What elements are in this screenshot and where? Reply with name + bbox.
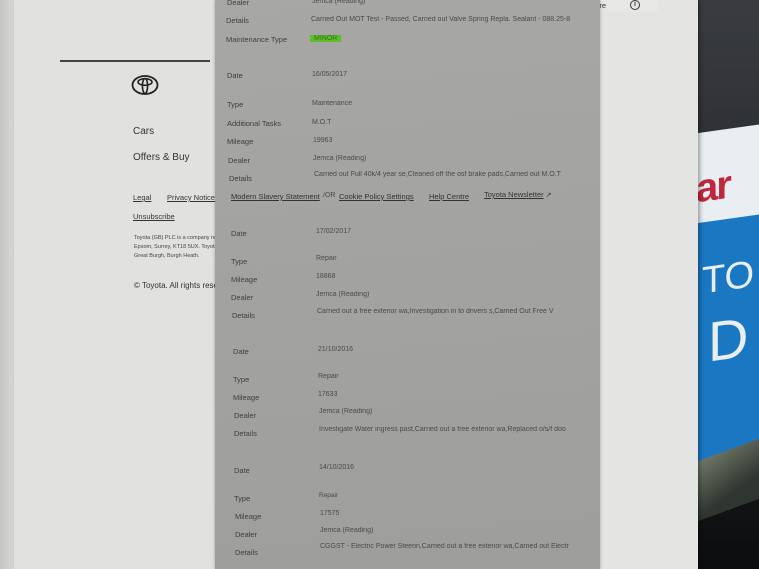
value-dealer: Jemca (Reading): [320, 527, 373, 534]
value-details: Investigate Water ingress past,Carried o…: [319, 426, 566, 433]
label-dealer: Dealer: [234, 411, 256, 420]
footer-link-help-centre[interactable]: Help Centre: [429, 192, 469, 201]
value-mileage: 19963: [313, 137, 332, 144]
label-type: Type: [233, 375, 249, 384]
value-details: CGGST - Electric Power Steerin,Carried o…: [320, 543, 569, 550]
label-details: Details: [226, 16, 249, 25]
highlighted-maintenance-type: MINOR: [310, 35, 341, 42]
label-dealer: Dealer: [227, 0, 249, 7]
label-dealer: Dealer: [231, 293, 253, 302]
value-mileage: 17633: [318, 391, 337, 398]
label-maintenance-type: Maintenance Type: [226, 35, 287, 44]
value-dealer: Jemca (Reading): [316, 291, 369, 298]
footer-link-privacy-notice[interactable]: Privacy Notice: [167, 193, 215, 202]
footer-link-cookie-policy[interactable]: Cookie Policy Settings: [339, 192, 414, 201]
value-type: Repair: [319, 492, 338, 499]
value-type: Repair: [316, 255, 337, 262]
background-sign: ar TO D: [694, 122, 759, 463]
value-dealer: Jemca (Reading): [313, 155, 366, 162]
label-type: Type: [234, 494, 250, 503]
toyota-logo-icon[interactable]: [131, 74, 159, 96]
value-dealer: Jemca (Reading): [319, 408, 372, 415]
value-dealer: Jemca (Reading): [312, 0, 365, 5]
value-mileage: 17575: [320, 510, 339, 517]
label-additional-tasks: Additional Tasks: [227, 119, 281, 128]
label-mileage: Mileage: [231, 275, 257, 284]
newsletter-label: Toyota Newsletter: [484, 190, 544, 199]
legal-line-3: Great Burgh, Burgh Heath.: [134, 252, 218, 261]
label-details: Details: [229, 174, 252, 183]
label-date: Date: [233, 347, 249, 356]
label-date: Date: [227, 71, 243, 80]
divider: [60, 60, 210, 62]
sign-text-mid: TO: [702, 253, 754, 303]
value-type: Maintenance: [312, 100, 352, 107]
value-details: Carried Out MOT Test - Passed, Carried o…: [311, 16, 570, 23]
or-separator: /OR: [323, 192, 335, 199]
value-date: 21/10/2016: [318, 346, 353, 353]
legal-line-2: Epsom, Surrey, KT18 5UX. Toyota: [134, 243, 218, 252]
label-dealer: Dealer: [228, 156, 250, 165]
nav-cars[interactable]: Cars: [133, 126, 154, 137]
value-additional-tasks: M.O.T: [312, 119, 331, 126]
label-details: Details: [232, 311, 255, 320]
footer-link-modern-slavery[interactable]: Modern Slavery Statement: [231, 192, 320, 201]
value-maintenance-type: MINOR: [310, 35, 341, 42]
label-date: Date: [231, 229, 247, 238]
sign-text-top: ar: [696, 163, 730, 213]
label-type: Type: [231, 257, 247, 266]
sign-text-bottom: D: [708, 304, 748, 375]
label-dealer: Dealer: [235, 530, 257, 539]
value-details: Carried out Full 40k/4 year se,Cleaned o…: [314, 171, 561, 178]
value-date: 14/10/2016: [319, 464, 354, 471]
footer-link-unsubscribe[interactable]: Unsubscribe: [133, 212, 175, 221]
footer-link-toyota-newsletter[interactable]: Toyota Newsletter↗: [484, 190, 551, 199]
label-date: Date: [234, 466, 250, 475]
copyright: © Toyota. All rights reserved: [134, 281, 218, 290]
nav-offers-buy[interactable]: Offers & Buy: [133, 152, 190, 163]
value-date: 16/05/2017: [312, 71, 347, 78]
label-mileage: Mileage: [227, 137, 253, 146]
label-type: Type: [227, 100, 243, 109]
info-icon[interactable]: i: [630, 0, 640, 10]
external-link-icon: ↗: [546, 191, 552, 199]
service-history-panel: Dealer Jemca (Reading) Details Carried O…: [215, 0, 600, 569]
value-date: 17/02/2017: [316, 228, 351, 235]
value-details: Carried out a free exterior wa,Investiga…: [317, 308, 554, 315]
value-type: Repair: [318, 373, 339, 380]
label-details: Details: [235, 548, 258, 557]
legal-line-1: Toyota (GB) PLC is a company registered …: [134, 234, 218, 243]
value-mileage: 18868: [316, 273, 335, 280]
label-mileage: Mileage: [235, 512, 261, 521]
label-mileage: Mileage: [233, 393, 259, 402]
label-details: Details: [234, 429, 257, 438]
footer-link-legal[interactable]: Legal: [133, 193, 151, 202]
